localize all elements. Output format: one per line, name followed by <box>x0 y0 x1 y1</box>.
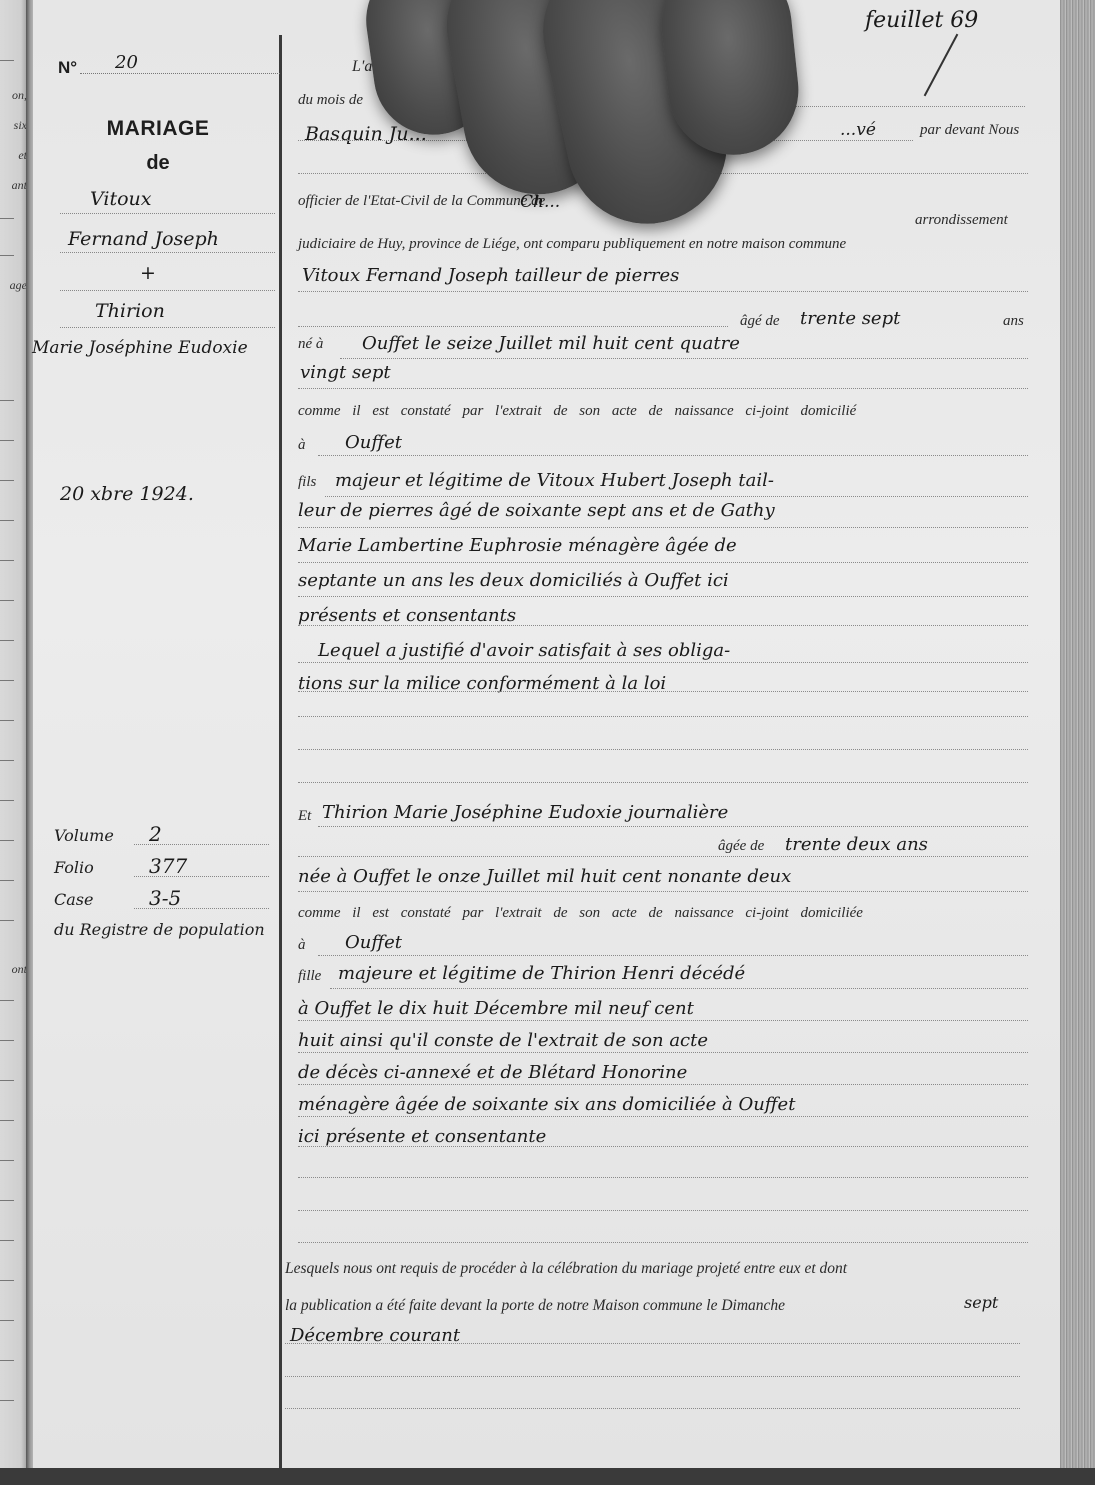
bride-parents-line: huit ainsi qu'il conste de l'extrait de … <box>298 1030 708 1051</box>
case-label: Case <box>54 890 93 909</box>
arrondissement-label: arrondissement <box>915 212 1008 229</box>
bride-parents-line: ménagère âgée de soixante six ans domici… <box>298 1094 795 1115</box>
bride-name-trade: Thirion Marie Joséphine Eudoxie journali… <box>322 802 728 823</box>
du-mois-label: du mois de <box>298 92 363 109</box>
groom-parents-line: majeur et légitime de Vitoux Hubert Jose… <box>335 470 774 491</box>
closing-line-2: la publication a été faite devant la por… <box>285 1297 785 1315</box>
book-bottom-edge <box>0 1468 1095 1485</box>
groom-domicile-value: Ouffet <box>345 432 402 453</box>
margin-fragment: age <box>10 278 27 293</box>
par-devant-nous: par devant Nous <box>920 122 1019 139</box>
groom-parents-line: présents et consentants <box>298 605 516 626</box>
entry-number-label: N° <box>58 58 77 78</box>
fille-label: fille <box>298 968 321 985</box>
volume-value: 2 <box>149 822 162 846</box>
groom-born-line-1: Ouffet le seize Juillet mil huit cent qu… <box>362 333 740 354</box>
bride-domicile-label: à <box>298 937 306 954</box>
population-register-reference: Volume 2 Folio 377 Case 3-5 du Registre … <box>54 822 265 939</box>
groom-age-value: trente sept <box>800 308 900 329</box>
groom-born-line-2: vingt sept <box>300 362 391 383</box>
and-sign: + <box>140 262 156 284</box>
bride-parents-line: de décès ci-annexé et de Blétard Honorin… <box>298 1062 687 1083</box>
entry-number-value: 20 <box>115 52 138 73</box>
closing-line-1: Lesquels nous ont requis de procéder à l… <box>285 1260 847 1278</box>
bride-parents-line: à Ouffet le dix huit Décembre mil neuf c… <box>298 998 694 1019</box>
publication-date-1: sept <box>964 1293 998 1312</box>
margin-fragment: six <box>14 118 27 133</box>
et-label: Et <box>298 808 311 825</box>
groom-parents-line: Marie Lambertine Euphrosie ménagère âgée… <box>298 535 737 556</box>
register-page <box>33 0 1063 1470</box>
groom-domicile-label: à <box>298 437 306 454</box>
groom-constate-line: comme il est constaté par l'extrait de s… <box>298 403 856 420</box>
groom-parents-line: leur de pierres âgé de soixante sept ans… <box>298 500 775 521</box>
marriage-date-note: 20 xbre 1924. <box>60 483 194 505</box>
officer-suffix-fragment: ...vé <box>840 120 876 140</box>
folio-sheet-annotation: feuillet 69 <box>865 8 978 33</box>
column-divider <box>279 35 282 1475</box>
bride-surname: Thirion <box>95 300 165 322</box>
case-value: 3-5 <box>149 886 181 910</box>
groom-ans-label: ans <box>1003 313 1024 330</box>
officer-line: officier de l'Etat-Civil de la Commune d… <box>298 193 545 210</box>
margin-fragment: ant <box>12 178 27 193</box>
bride-born-line: née à Ouffet le onze Juillet mil huit ce… <box>298 866 791 887</box>
folio-value: 377 <box>149 854 187 878</box>
commune-fragment: Ch... <box>520 192 560 212</box>
folio-label: Folio <box>54 858 94 877</box>
groom-born-label: né à <box>298 336 323 353</box>
bride-domicile-value: Ouffet <box>345 932 402 953</box>
groom-parents-line: septante un ans les deux domiciliés à Ou… <box>298 570 729 591</box>
entry-title: MARIAGE <box>40 117 276 141</box>
groom-surname: Vitoux <box>90 188 152 210</box>
groom-name-trade: Vitoux Fernand Joseph tailleur de pierre… <box>302 265 679 286</box>
bride-given-names: Marie Joséphine Eudoxie <box>32 338 248 358</box>
bride-parents-line: ici présente et consentante <box>298 1126 546 1147</box>
groom-age-label: âgé de <box>740 313 780 330</box>
bride-age-label: âgée de <box>718 838 764 855</box>
bride-parents-line: majeure et légitime de Thirion Henri déc… <box>338 963 745 984</box>
groom-given-names: Fernand Joseph <box>68 228 219 250</box>
volume-label: Volume <box>54 826 114 845</box>
page-stack-edge <box>1060 0 1095 1485</box>
register-footer: du Registre de population <box>54 920 265 939</box>
bride-constate-line: comme il est constaté par l'extrait de s… <box>298 905 863 922</box>
bride-age-value: trente deux ans <box>785 834 928 855</box>
margin-fragment: ont <box>12 962 27 977</box>
margin-fragment: on, <box>12 88 27 103</box>
entry-title-connector: de <box>40 152 276 175</box>
groom-militia-line: Lequel a justifié d'avoir satisfait à se… <box>318 640 730 661</box>
fils-label: fils <box>298 474 316 491</box>
judiciaire-line: judiciaire de Huy, province de Liége, on… <box>298 236 846 253</box>
